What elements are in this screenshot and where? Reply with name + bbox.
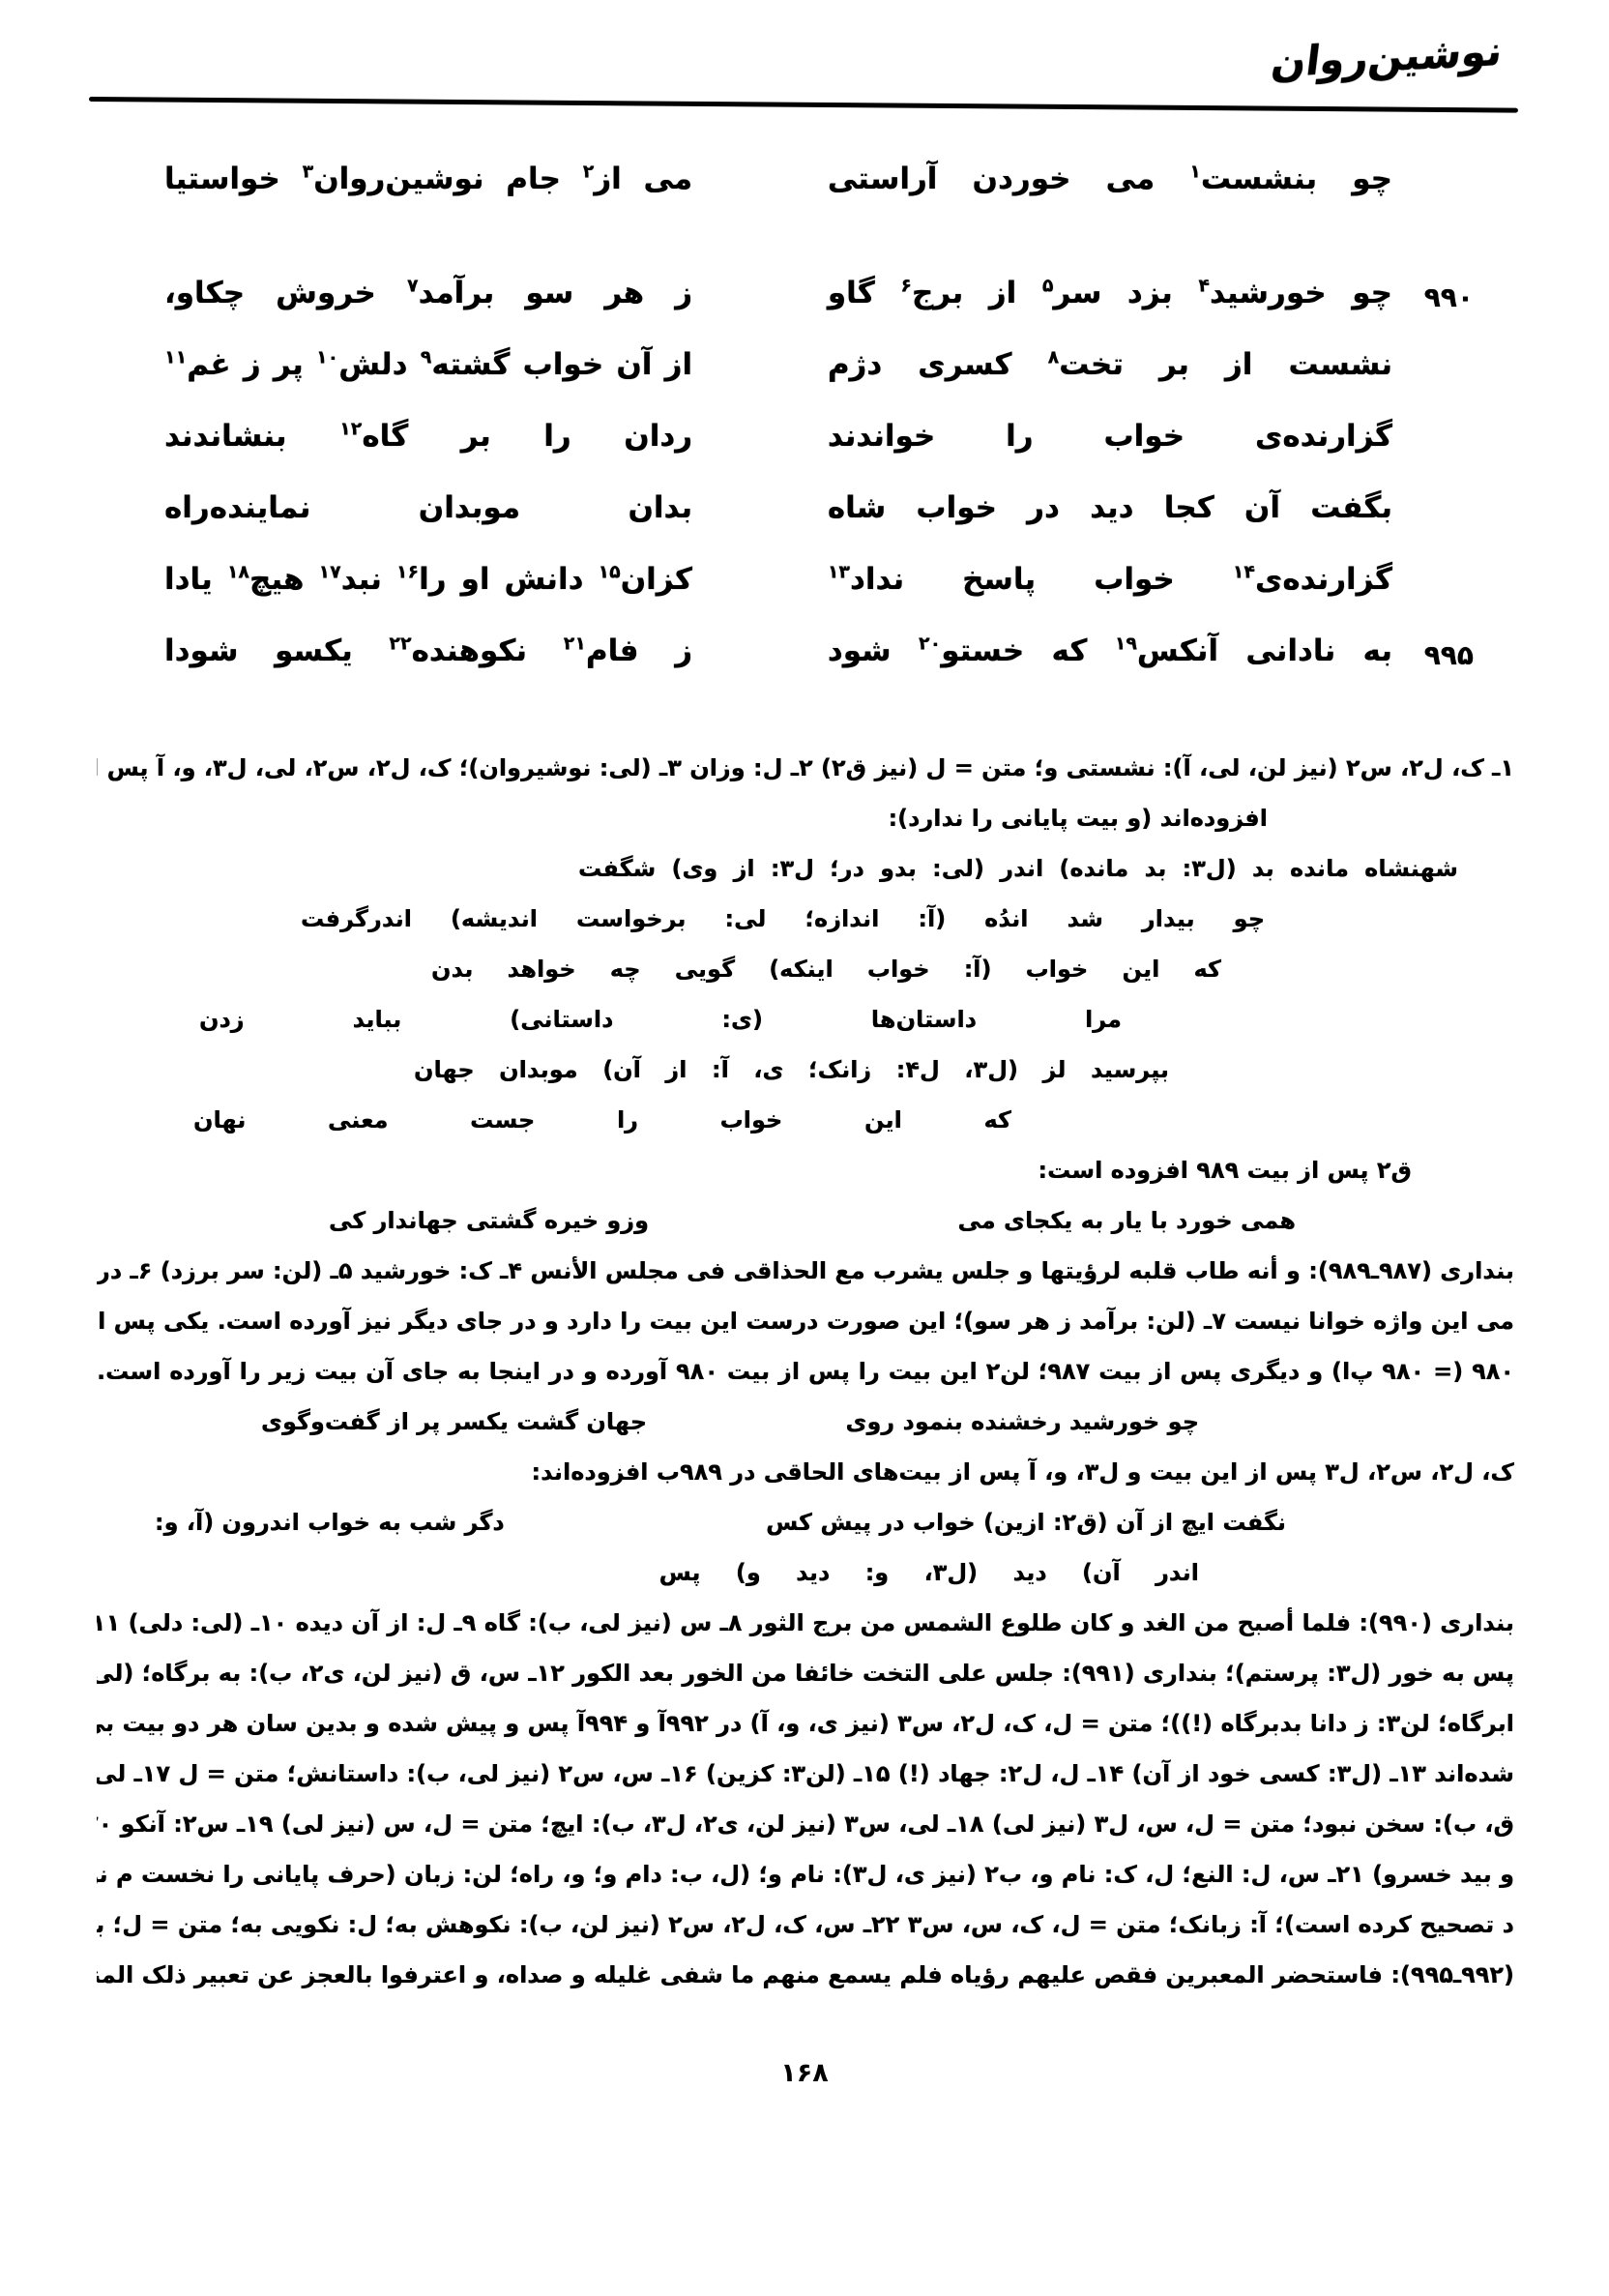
poem-block: چو بنشست۱ می خوردن آراستی می از۲ جام نوش… (164, 158, 1392, 701)
verse-number: ۹۹۵ (1424, 634, 1474, 677)
hemistich-left: ز هر سو برآمد۷ خروش چکاو، (164, 272, 692, 314)
apparatus-quoted-couplet: نگفت ایچ از آن (ق۲: ازین) خواب در پیش کس… (97, 1497, 1514, 1547)
apparatus-line: شده‌اند ۱۳ـ (ل۳: کسی خود از آن) ۱۴ـ ل، ل… (97, 1749, 1514, 1799)
apparatus-quoted-verse: چو بیدار شد اندُه (آ: اندازه؛ لی: برخواس… (97, 894, 1514, 944)
apparatus-quoted-verse: که این خواب (آ: خواب اینکه) گویی چه خواه… (97, 944, 1514, 994)
hemistich-right: به نادانی آنکس۱۹ که خستو۲۰ شود (828, 630, 1392, 672)
hemistich-right: چو بنشست۱ می خوردن آراستی (828, 158, 1392, 200)
quoted-hemistich-right: نگفت ایچ از آن (ق۲: ازین) خواب در پیش کس (766, 1497, 1286, 1547)
apparatus-quoted-verse: اندر آن) دید (ل۳، و: دید و) پس (97, 1547, 1514, 1598)
couplet-row: نشست از بر تخت۸ کسری دژم از آن خواب گشته… (164, 343, 1392, 386)
couplet-row: ۹۹۰ چو خورشید۴ بزد سر۵ از برج۶ گاو ز هر … (164, 272, 1392, 314)
hemistich-left: می از۲ جام نوشین‌روان۳ خواستیا (164, 158, 692, 200)
apparatus-line: ق، ب): سخن نبود؛ متن = ل، س، ل۳ (نیز لی)… (97, 1799, 1514, 1849)
hemistich-right: نشست از بر تخت۸ کسری دژم (828, 343, 1392, 386)
hemistich-left: کزان۱۵ دانش او را۱۶ نبد۱۷ هیچ۱۸ یادا (164, 558, 692, 601)
apparatus-line: ق۲ پس از بیت ۹۸۹ افزوده است: (97, 1145, 1514, 1195)
apparatus-line: بنداری (۹۹۰): فلما أصبح من الغد و کان طل… (97, 1598, 1514, 1648)
apparatus-line: ۱ـ ک، ل۲، س۲ (نیز لن، لی، آ): نشستی و؛ م… (97, 743, 1514, 793)
page-title: نوشین‌روان (1269, 27, 1506, 87)
header-divider (89, 97, 1518, 113)
apparatus-line: پس به خور (ل۳: پرستم)؛ بنداری (۹۹۱): جلس… (97, 1648, 1514, 1698)
apparatus-line: ابرگاه؛ لن۳: ز دانا بدبرگاه (!))؛ متن = … (97, 1698, 1514, 1749)
hemistich-right: گزارنده‌ی خواب را خواندند (828, 415, 1392, 457)
hemistich-right: بگفت آن کجا دید در خواب شاه (828, 486, 1392, 529)
couplet-row: ۹۹۵ به نادانی آنکس۱۹ که خستو۲۰ شود ز فام… (164, 630, 1392, 672)
apparatus-quoted-verse: بپرسید لز (ل۳، ل۴: زانک؛ ی، آ: از آن) مو… (97, 1045, 1514, 1095)
page: { "header": { "title": "نوشین‌روان" }, "… (0, 0, 1609, 2296)
verse-number: ۹۹۰ (1424, 277, 1474, 319)
hemistich-right: گزارنده‌ی۱۴ خواب پاسخ نداد۱۳ (828, 558, 1392, 601)
critical-apparatus: ۱ـ ک، ل۲، س۲ (نیز لن، لی، آ): نشستی و؛ م… (97, 743, 1514, 2000)
hemistich-right: چو خورشید۴ بزد سر۵ از برج۶ گاو (828, 272, 1392, 314)
quoted-hemistich-left: جهان گشت یکسر پر از گفت‌وگوی (261, 1397, 647, 1447)
page-number: ۱۶۸ (0, 2058, 1609, 2088)
quoted-hemistich-right: چو خورشید رخشنده بنمود روی (845, 1397, 1199, 1447)
hemistich-left: از آن خواب گشته۹ دلش۱۰ پر ز غم۱۱ (164, 343, 692, 386)
quoted-hemistich-left: وزو خیره گشتی جهاندار کی (329, 1195, 649, 1246)
quoted-hemistich-left: دگر شب به خواب اندرون (آ، و: (155, 1497, 505, 1547)
hemistich-left: بدان موبدان نماینده‌راه (164, 486, 692, 529)
couplet-row: چو بنشست۱ می خوردن آراستی می از۲ جام نوش… (164, 158, 1392, 200)
apparatus-line: (۹۹۲ـ۹۹۵): فاستحضر المعبرین فقص علیهم رؤ… (97, 1950, 1514, 2000)
apparatus-quoted-couplet: همی خورد با یار به یکجای می وزو خیره گشت… (97, 1195, 1514, 1246)
apparatus-quoted-couplet: چو خورشید رخشنده بنمود روی جهان گشت یکسر… (97, 1397, 1514, 1447)
couplet-row: گزارنده‌ی۱۴ خواب پاسخ نداد۱۳ کزان۱۵ دانش… (164, 558, 1392, 601)
apparatus-line: افزوده‌اند (و بیت پایانی را ندارد): (97, 793, 1514, 843)
apparatus-line: بنداری (۹۸۷ـ۹۸۹): و أنه طاب قلبه لرؤیتها… (97, 1246, 1514, 1296)
hemistich-left: ز فام۲۱ نکوهنده۲۲ یکسو شودا (164, 630, 692, 672)
apparatus-quoted-verse: شهنشاه مانده بد (ل۳: بد مانده) اندر (لی:… (97, 843, 1514, 894)
apparatus-quoted-verse: که این خواب را جست معنی نهان (97, 1095, 1514, 1145)
couplet-row: بگفت آن کجا دید در خواب شاه بدان موبدان … (164, 486, 1392, 529)
hemistich-left: ردان را بر گاه۱۲ بنشاندند (164, 415, 692, 457)
apparatus-line: د تصحیح کرده است)؛ آ: زبانک؛ متن = ل، ک،… (97, 1899, 1514, 1950)
apparatus-line: می این واژه خوانا نیست ۷ـ (لن: برآمد ز ه… (97, 1296, 1514, 1346)
apparatus-quoted-verse: مرا داستان‌ها (ی: داستانی) بباید زدن (97, 994, 1514, 1045)
couplet-row: گزارنده‌ی خواب را خواندند ردان را بر گاه… (164, 415, 1392, 457)
apparatus-line: ۹۸۰ (= ۹۸۰ پ‌ا) و دیگری پس از بیت ۹۸۷؛ ل… (97, 1346, 1514, 1397)
quoted-hemistich-right: همی خورد با یار به یکجای می (958, 1195, 1296, 1246)
apparatus-line: و بید خسرو) ۲۱ـ س، ل: النع؛ ل، ک: نام و،… (97, 1849, 1514, 1899)
apparatus-line: ک، ل۲، س۲، ل۳ پس از این بیت و ل۳، و، آ پ… (97, 1447, 1514, 1497)
